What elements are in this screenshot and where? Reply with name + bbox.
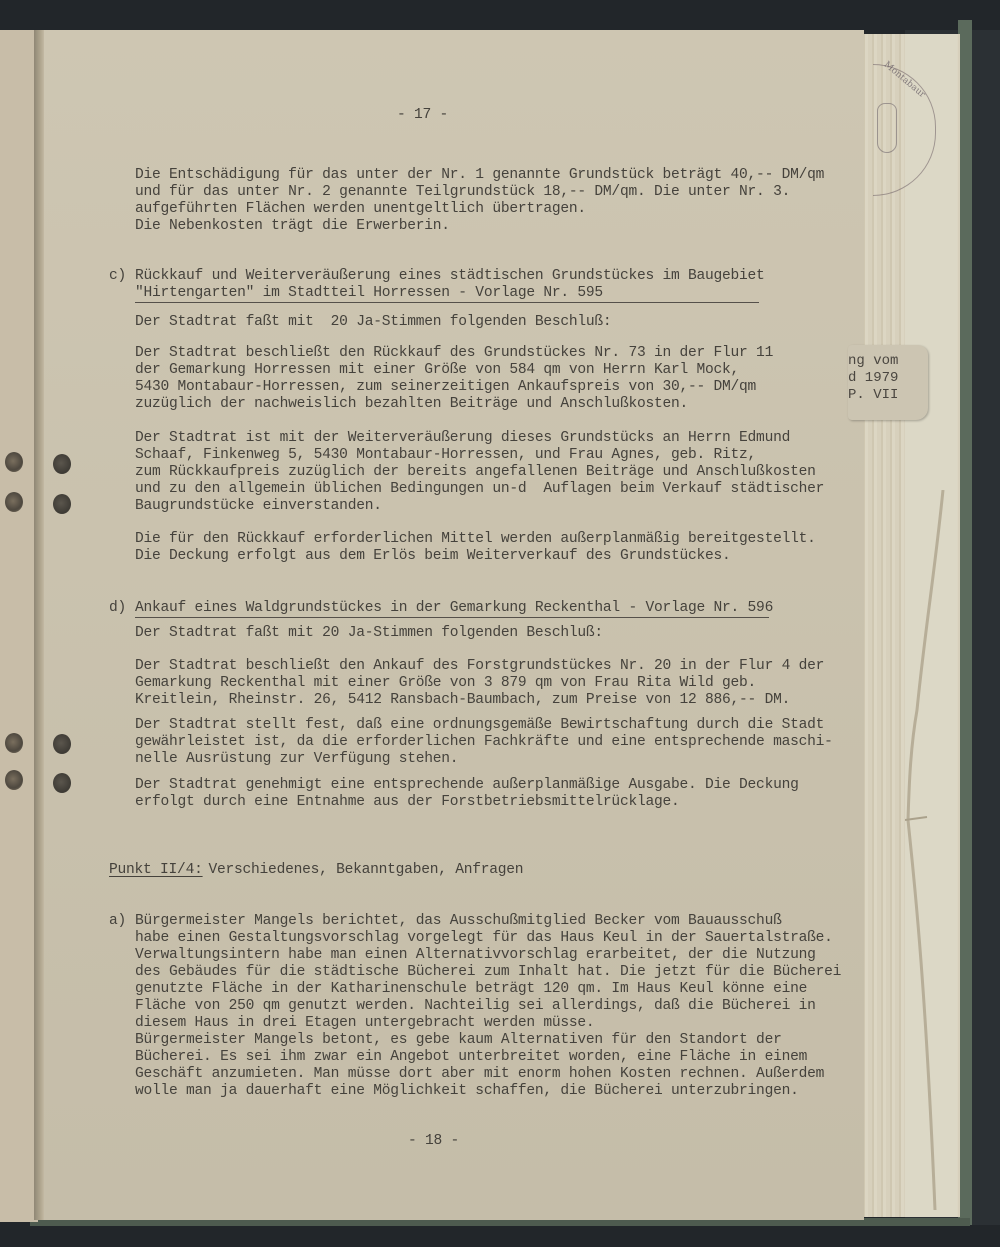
item-marker: a): [109, 913, 126, 930]
page-number-bottom: - 18 -: [408, 1133, 459, 1149]
item-marker: c): [109, 268, 126, 285]
text-line: Die für den Rückkauf erforderlichen Mitt…: [135, 531, 816, 548]
heading-underline: [135, 617, 769, 618]
typewritten-text: - 17 - Die Entschädigung für das unter d…: [0, 0, 1000, 1247]
text-line: Die Nebenkosten trägt die Erwerberin.: [135, 218, 450, 235]
text-line: Der Stadtrat stellt fest, daß eine ordnu…: [135, 717, 824, 734]
item-marker: d): [109, 600, 126, 617]
text-line: des Gebäudes für die städtische Bücherei…: [135, 964, 841, 981]
text-line: und für das unter Nr. 2 genannte Teilgru…: [135, 184, 790, 201]
text-line: Der Stadtrat beschließt den Ankauf des F…: [135, 658, 824, 675]
text-line: habe einen Gestaltungsvorschlag vorgeleg…: [135, 930, 833, 947]
text-line: Die Entschädigung für das unter der Nr. …: [135, 167, 824, 184]
text-line: Geschäft anzumieten. Man müsse dort aber…: [135, 1066, 824, 1083]
text-line: Bürgermeister Mangels betont, es gebe ka…: [135, 1032, 782, 1049]
vote-line: Der Stadtrat faßt mit 20 Ja-Stimmen folg…: [135, 314, 611, 331]
text-line: Bücherei. Es sei ihm zwar ein Angebot un…: [135, 1049, 807, 1066]
section-label: Punkt II/4:: [109, 862, 203, 879]
text-line: genutzte Fläche in der Katharinenschule …: [135, 981, 807, 998]
text-line: der Gemarkung Horressen mit einer Größe …: [135, 362, 739, 379]
text-line: und zu den allgemein üblichen Bedingunge…: [135, 481, 824, 498]
text-line: erfolgt durch eine Entnahme aus der Fors…: [135, 794, 680, 811]
heading-underline: [135, 302, 759, 303]
text-line: Der Stadtrat ist mit der Weiterveräußeru…: [135, 430, 790, 447]
text-line: Kreitlein, Rheinstr. 26, 5412 Ransbach-B…: [135, 692, 790, 709]
text-line: zum Rückkaufpreis zuzüglich der bereits …: [135, 464, 816, 481]
item-heading: "Hirtengarten" im Stadtteil Horressen - …: [135, 285, 603, 302]
vote-line: Der Stadtrat faßt mit 20 Ja-Stimmen folg…: [135, 625, 603, 642]
text-line: Verwaltungsintern habe man einen Alterna…: [135, 947, 816, 964]
text-line: diesem Haus in drei Etagen untergebracht…: [135, 1015, 594, 1032]
text-line: gewährleistet ist, da die erforderlichen…: [135, 734, 833, 751]
text-line: Gemarkung Reckenthal mit einer Größe von…: [135, 675, 756, 692]
text-line: Schaaf, Finkenweg 5, 5430 Montabaur-Horr…: [135, 447, 756, 464]
page-number-top: - 17 -: [397, 107, 448, 123]
text-line: aufgeführten Flächen werden unentgeltlic…: [135, 201, 586, 218]
text-line: Bürgermeister Mangels berichtet, das Aus…: [135, 913, 782, 930]
text-line: wolle man ja dauerhaft eine Möglichkeit …: [135, 1083, 799, 1100]
text-line: Der Stadtrat genehmigt eine entsprechend…: [135, 777, 799, 794]
text-line: 5430 Montabaur-Horressen, zum seinerzeit…: [135, 379, 756, 396]
text-line: nelle Ausrüstung zur Verfügung stehen.: [135, 751, 458, 768]
item-heading: Rückkauf und Weiterveräußerung eines stä…: [135, 268, 765, 285]
item-heading: Ankauf eines Waldgrundstückes in der Gem…: [135, 600, 773, 617]
text-line: Fläche von 250 qm genutzt werden. Nachte…: [135, 998, 816, 1015]
text-line: zuzüglich der nachweislich bezahlten Bei…: [135, 396, 688, 413]
section-title: Verschiedenes, Bekanntgaben, Anfragen: [200, 862, 523, 879]
text-line: Baugrundstücke einverstanden.: [135, 498, 382, 515]
text-line: Die Deckung erfolgt aus dem Erlös beim W…: [135, 548, 731, 565]
text-line: Der Stadtrat beschließt den Rückkauf des…: [135, 345, 773, 362]
